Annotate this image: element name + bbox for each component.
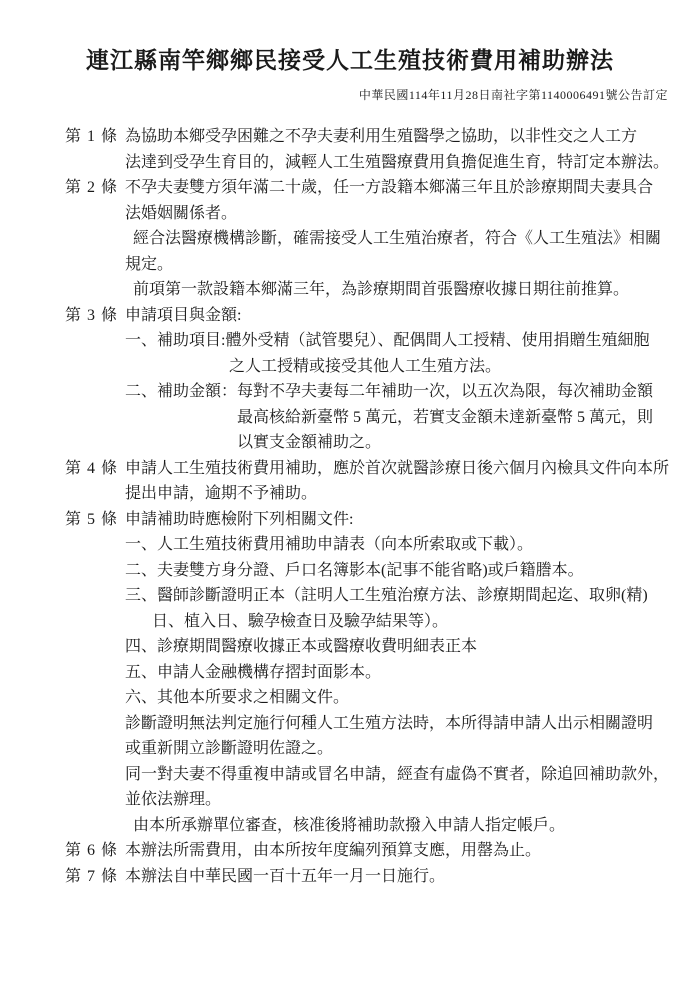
announcement-line: 中華民國114年11月28日南社字第1140006491號公告訂定: [0, 86, 700, 103]
article-first-line: 第 3 條申請項目與金額:: [0, 303, 700, 329]
article-1: 第 1 條為協助本鄉受孕困難之不孕夫妻利用生殖醫學之協助，以非性交之人工方 法達…: [0, 124, 700, 175]
article-line: 由本所承辦單位審查，核准後將補助款撥入申請人指定帳戶。: [0, 813, 700, 839]
article-2: 第 2 條不孕夫妻雙方須年滿二十歲，任一方設籍本鄉滿三年且於診療期間夫妻具合 法…: [0, 175, 700, 303]
article-line: 法達到受孕生育目的，減輕人工生殖醫療費用負擔促進生育，特訂定本辦法。: [0, 150, 700, 176]
article-first-line: 第 5 條申請補助時應檢附下列相關文件:: [0, 507, 700, 533]
article-line-text: 申請補助時應檢附下列相關文件:: [125, 511, 353, 528]
document-page: 連江縣南竿鄉鄉民接受人工生殖技術費用補助辦法 中華民國114年11月28日南社字…: [0, 0, 700, 990]
article-3: 第 3 條申請項目與金額: 一、補助項目:體外受精（試管嬰兒）、配偶間人工授精、…: [0, 303, 700, 456]
article-line: 同一對夫妻不得重複申請或冒名申請，經查有虛偽不實者，除追回補助款外，: [0, 762, 700, 788]
article-line: 最高核給新臺幣 5 萬元，若實支金額未達新臺幣 5 萬元，則: [0, 405, 700, 431]
article-line: 以實支金額補助之。: [0, 430, 700, 456]
article-first-line: 第 2 條不孕夫妻雙方須年滿二十歲，任一方設籍本鄉滿三年且於診療期間夫妻具合: [0, 175, 700, 201]
article-line: 日、植入日、驗孕檢查日及驗孕結果等）。: [0, 609, 700, 635]
article-line: 經合法醫療機構診斷，確需接受人工生殖治療者，符合《人工生殖法》相關: [0, 226, 700, 252]
article-line-text: 不孕夫妻雙方須年滿二十歲，任一方設籍本鄉滿三年且於診療期間夫妻具合: [125, 179, 653, 196]
article-label: 第 1 條: [65, 124, 125, 150]
article-line-text: 申請人工生殖技術費用補助，應於首次就醫診療日後六個月內檢具文件向本所: [125, 460, 669, 477]
article-line-text: 為協助本鄉受孕困難之不孕夫妻利用生殖醫學之協助，以非性交之人工方: [125, 128, 637, 145]
article-line: 之人工授精或接受其他人工生殖方法。: [0, 354, 700, 380]
article-line-text: 本辦法所需費用，由本所按年度編列預算支應，用罄為止。: [125, 842, 541, 859]
article-line: 提出申請，逾期不予補助。: [0, 481, 700, 507]
article-line: 前項第一款設籍本鄉滿三年，為診療期間首張醫療收據日期往前推算。: [0, 277, 700, 303]
article-label: 第 7 條: [65, 864, 125, 890]
article-line: 一、人工生殖技術費用補助申請表（向本所索取或下載）。: [0, 532, 700, 558]
article-first-line: 第 4 條申請人工生殖技術費用補助，應於首次就醫診療日後六個月內檢具文件向本所: [0, 456, 700, 482]
article-line: 一、補助項目:體外受精（試管嬰兒）、配偶間人工授精、使用捐贈生殖細胞: [0, 328, 700, 354]
article-first-line: 第 7 條本辦法自中華民國一百十五年一月一日施行。: [0, 864, 700, 890]
article-6: 第 6 條本辦法所需費用，由本所按年度編列預算支應，用罄為止。: [0, 838, 700, 864]
article-line: 五、申請人金融機構存摺封面影本。: [0, 660, 700, 686]
article-line: 並依法辦理。: [0, 787, 700, 813]
article-7: 第 7 條本辦法自中華民國一百十五年一月一日施行。: [0, 864, 700, 890]
article-line: 法婚姻關係者。: [0, 201, 700, 227]
document-title: 連江縣南竿鄉鄉民接受人工生殖技術費用補助辦法: [0, 0, 700, 75]
article-label: 第 2 條: [65, 175, 125, 201]
article-label: 第 5 條: [65, 507, 125, 533]
article-first-line: 第 1 條為協助本鄉受孕困難之不孕夫妻利用生殖醫學之協助，以非性交之人工方: [0, 124, 700, 150]
article-line: 診斷證明無法判定施行何種人工生殖方法時，本所得請申請人出示相關證明: [0, 711, 700, 737]
article-label: 第 4 條: [65, 456, 125, 482]
article-4: 第 4 條申請人工生殖技術費用補助，應於首次就醫診療日後六個月內檢具文件向本所 …: [0, 456, 700, 507]
article-line: 二、補助金額：每對不孕夫妻每二年補助一次，以五次為限，每次補助金額: [0, 379, 700, 405]
article-first-line: 第 6 條本辦法所需費用，由本所按年度編列預算支應，用罄為止。: [0, 838, 700, 864]
article-line: 三、醫師診斷證明正本（註明人工生殖治療方法、診療期間起迄、取卵(精): [0, 583, 700, 609]
article-line: 四、診療期間醫療收據正本或醫療收費明細表正本: [0, 634, 700, 660]
document-body: 第 1 條為協助本鄉受孕困難之不孕夫妻利用生殖醫學之協助，以非性交之人工方 法達…: [0, 124, 700, 889]
article-line: 六、其他本所要求之相關文件。: [0, 685, 700, 711]
article-line-text: 申請項目與金額:: [125, 307, 241, 324]
article-line: 或重新開立診斷證明佐證之。: [0, 736, 700, 762]
article-label: 第 3 條: [65, 303, 125, 329]
article-label: 第 6 條: [65, 838, 125, 864]
article-5: 第 5 條申請補助時應檢附下列相關文件: 一、人工生殖技術費用補助申請表（向本所…: [0, 507, 700, 839]
article-line: 規定。: [0, 252, 700, 278]
article-line: 二、夫妻雙方身分證、戶口名簿影本(記事不能省略)或戶籍謄本。: [0, 558, 700, 584]
article-line-text: 本辦法自中華民國一百十五年一月一日施行。: [125, 868, 445, 885]
